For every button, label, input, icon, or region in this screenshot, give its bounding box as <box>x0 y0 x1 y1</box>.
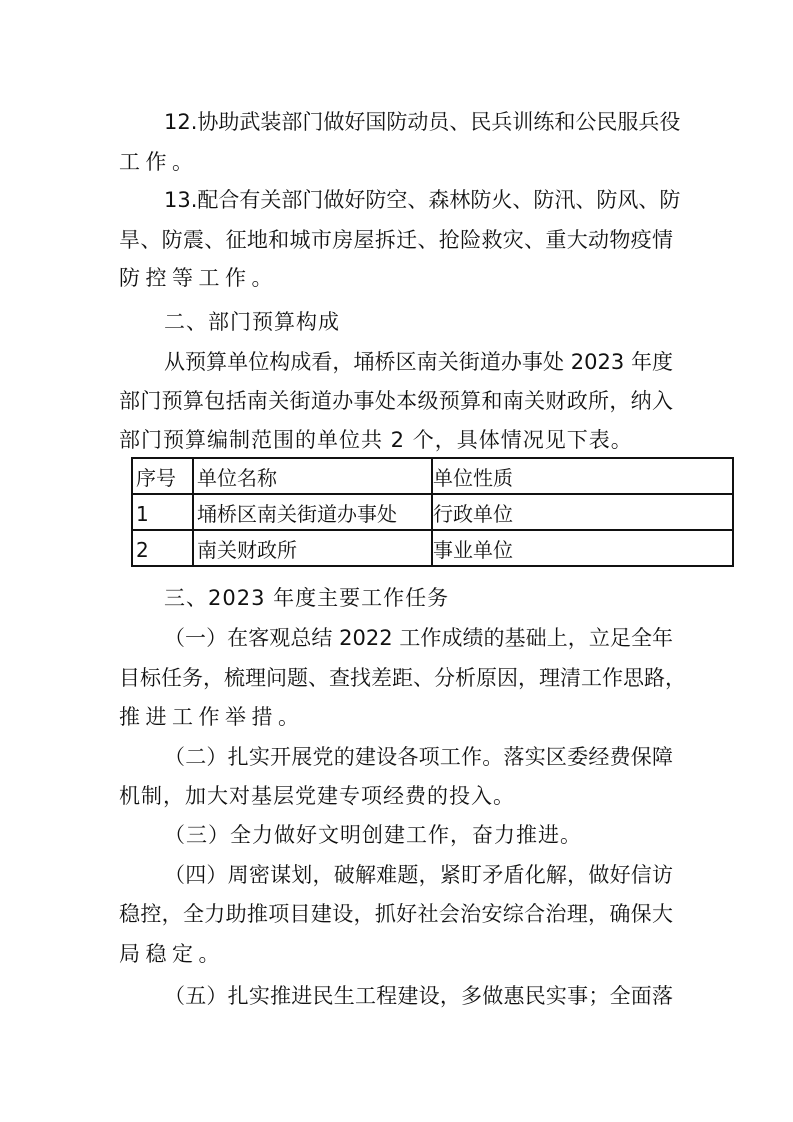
document-page: 12.协助武装部门做好国防动员、民兵训练和公民服兵役 工作。 13.配合有关部门… <box>0 0 793 1122</box>
paragraph-task-1-line-3: 推进工作举措。 <box>119 697 679 737</box>
paragraph-task-1-line-2: 目标任务，梳理问题、查找差距、分析原因，理清工作思路， <box>119 658 673 698</box>
table-header-cell-index: 序号 <box>132 458 193 494</box>
table-cell-unit-name: 南关财政所 <box>193 530 432 566</box>
section-heading-main-tasks: 三、2023 年度主要工作任务 <box>164 578 724 618</box>
paragraph-task-4-line-1: （四）周密谋划，破解难题，紧盯矛盾化解，做好信访 <box>164 855 673 895</box>
table-row: 1 埇桥区南关街道办事处 行政单位 <box>132 494 733 530</box>
table-cell-unit-type: 行政单位 <box>432 494 733 530</box>
table-cell-unit-name: 埇桥区南关街道办事处 <box>193 494 432 530</box>
paragraph-item-13-line-3: 防控等工作。 <box>119 258 679 298</box>
paragraph-task-2-line-2: 机制，加大对基层党建专项经费的投入。 <box>119 776 679 816</box>
paragraph-item-12-line-2: 工作。 <box>119 142 679 182</box>
paragraph-task-1-line-1: （一）在客观总结 2022 工作成绩的基础上，立足全年 <box>164 618 673 658</box>
table-cell-index: 1 <box>132 494 193 530</box>
paragraph-task-5-line-1: （五）扎实推进民生工程建设，多做惠民实事；全面落 <box>164 976 673 1016</box>
table-cell-index: 2 <box>132 530 193 566</box>
table-header-cell-unit-type: 单位性质 <box>432 458 733 494</box>
paragraph-task-2-line-1: （二）扎实开展党的建设各项工作。落实区委经费保障 <box>164 737 673 777</box>
paragraph-task-4-line-2: 稳控，全力助推项目建设，抓好社会治安综合治理，确保大 <box>119 894 673 934</box>
table-header-cell-unit-name: 单位名称 <box>193 458 432 494</box>
paragraph-item-13-line-1: 13.配合有关部门做好防空、森林防火、防汛、防风、防 <box>164 180 673 220</box>
paragraph-item-12-line-1: 12.协助武装部门做好国防动员、民兵训练和公民服兵役 <box>164 102 673 142</box>
paragraph-budget-composition-line-2: 部门预算包括南关街道办事处本级预算和南关财政所，纳入 <box>119 381 673 421</box>
paragraph-budget-composition-line-1: 从预算单位构成看，埇桥区南关街道办事处 2023 年度 <box>164 342 673 382</box>
paragraph-budget-composition-line-3: 部门预算编制范围的单位共 2 个，具体情况见下表。 <box>119 420 679 460</box>
paragraph-item-13-line-2: 旱、防震、征地和城市房屋拆迁、抢险救灾、重大动物疫情 <box>119 220 673 260</box>
section-heading-budget-composition: 二、部门预算构成 <box>164 302 724 342</box>
table-header-row: 序号 单位名称 单位性质 <box>132 458 733 494</box>
paragraph-task-3-line-1: （三）全力做好文明创建工作，奋力推进。 <box>164 815 724 855</box>
table-cell-unit-type: 事业单位 <box>432 530 733 566</box>
table-row: 2 南关财政所 事业单位 <box>132 530 733 566</box>
budget-units-table: 序号 单位名称 单位性质 1 埇桥区南关街道办事处 行政单位 2 南关财政所 事… <box>131 457 734 567</box>
paragraph-task-4-line-3: 局稳定。 <box>119 934 679 974</box>
